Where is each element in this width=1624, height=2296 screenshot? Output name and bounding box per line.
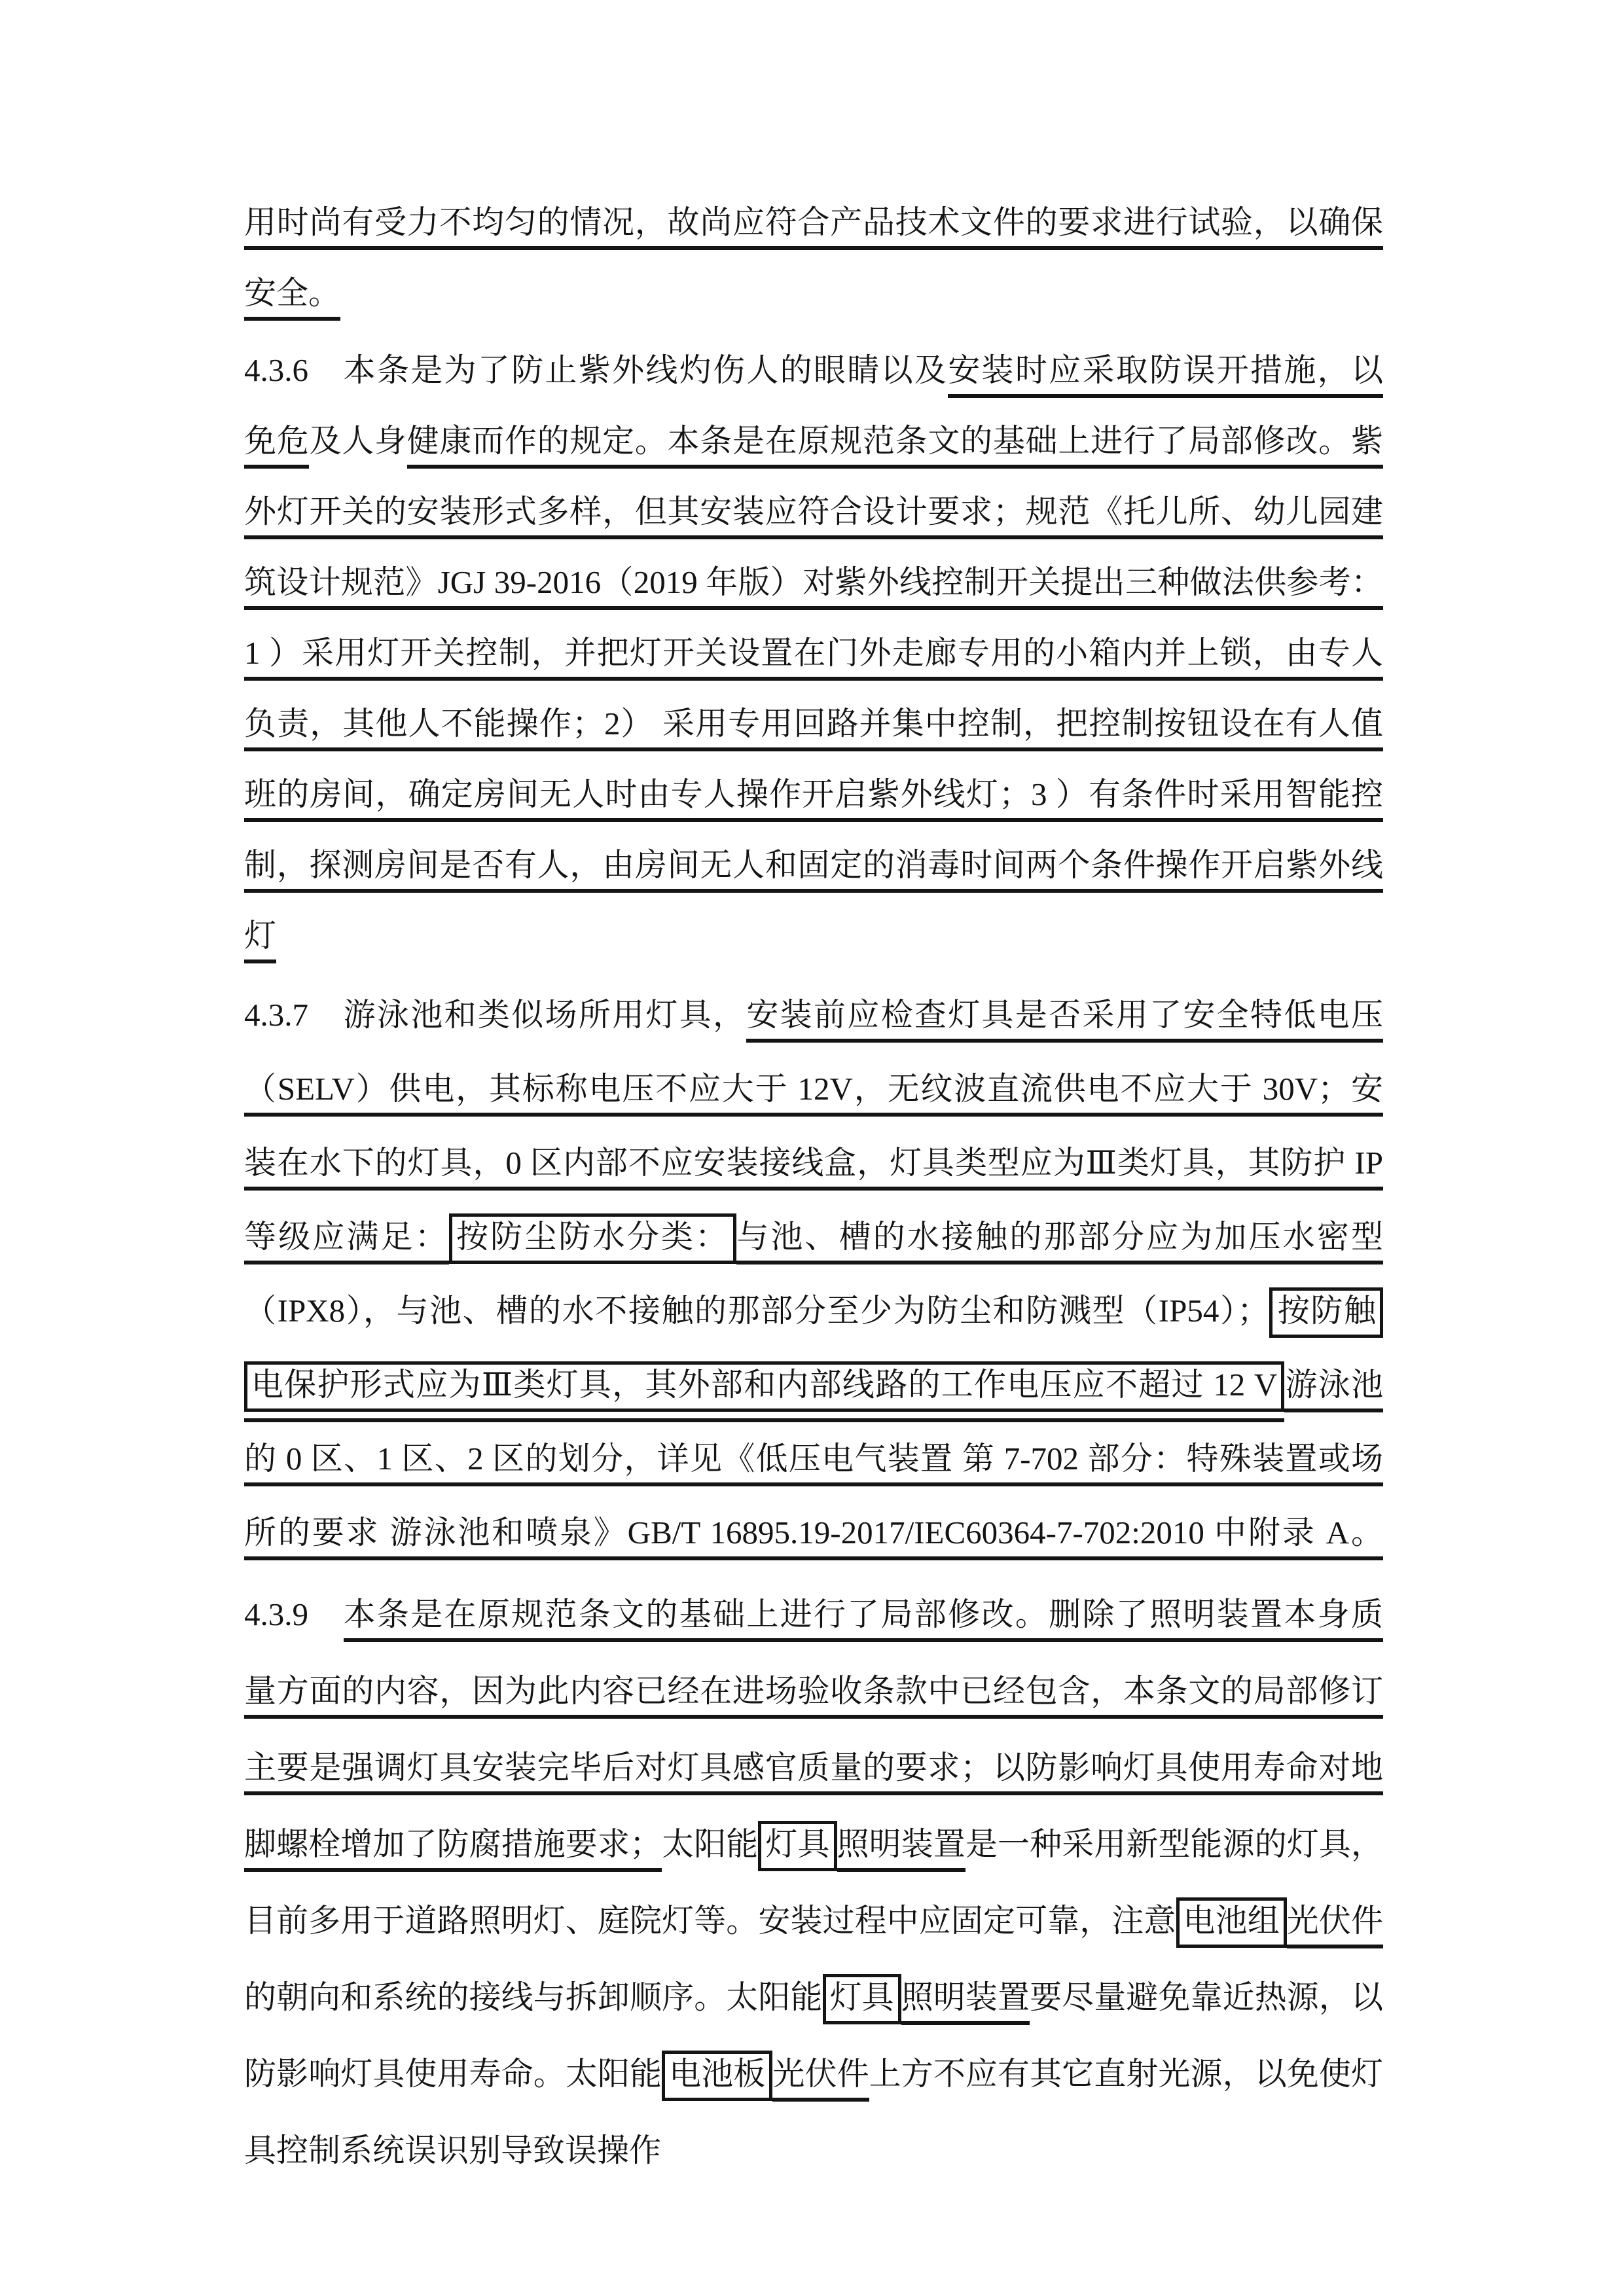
underlined-text: 量方面的内容，因为此内容已经在进场验收条款中已经包含，本条文的局部修订	[244, 1673, 1383, 1719]
underlined-text: 脚螺栓增加了防腐措施要求；	[244, 1826, 662, 1872]
underlined-text: 光伏件	[772, 2056, 869, 2102]
text-line: 具控制系统误识别导致误操作	[244, 2112, 1383, 2189]
underlined-boxed-text: 电保护形式应为Ⅲ类灯具，其外部和内部线路的工作电压应不超过 12 V	[244, 1367, 1284, 1422]
text-line: 用时尚有受力不均匀的情况，故尚应符合产品技术文件的要求进行试验，以确保	[244, 187, 1383, 258]
underlined-text: 等级应满足：	[244, 1219, 449, 1265]
text-line: （SELV）供电，其标称电压不应大于 12V，无纹波直流供电不应大于 30V；安	[244, 1052, 1383, 1126]
text-segment: （IPX8），与池、槽的水不接触的那部分至少为防尘和防溅型（IP54）；	[244, 1293, 1269, 1329]
text-line: 负责，其他人不能操作；2） 采用专用回路并集中控制，把控制按钮设在有人值	[244, 689, 1383, 759]
boxed-text: 灯具	[823, 1974, 901, 2024]
text-line: 量方面的内容，因为此内容已经在进场验收条款中已经包含，本条文的局部修订	[244, 1653, 1383, 1729]
text-line: 脚螺栓增加了防腐措施要求；太阳能灯具照明装置是一种采用新型能源的灯具，	[244, 1806, 1383, 1882]
underlined-text: 免危	[244, 423, 309, 469]
text-line: （IPX8），与池、槽的水不接触的那部分至少为防尘和防溅型（IP54）；按防触	[244, 1274, 1383, 1348]
text-line: 目前多用于道路照明灯、庭院灯等。安装过程中应固定可靠，注意电池组光伏件	[244, 1882, 1383, 1959]
text-line: 装在水下的灯具，0 区内部不应安装接线盒，灯具类型应为Ⅲ类灯具，其防护 IP	[244, 1126, 1383, 1200]
text-line: 4.3.6 本条是为了防止紫外线灼伤人的眼睛以及安装时应采取防误开措施，以	[244, 335, 1383, 406]
text-line: 4.3.7 游泳池和类似场所用灯具，安装前应检查灯具是否采用了安全特低电压	[244, 978, 1383, 1052]
underlined-text: （SELV）供电，其标称电压不应大于 12V，无纹波直流供电不应大于 30V；安	[244, 1071, 1383, 1117]
underlined-text: 与池、槽的水接触的那部分应为加压水密型	[736, 1219, 1383, 1265]
boxed-text: 电池组	[1176, 1897, 1287, 1948]
paragraph-4-3-7: 4.3.7 游泳池和类似场所用灯具，安装前应检查灯具是否采用了安全特低电压（SE…	[244, 978, 1383, 1570]
text-line: 安全。	[244, 258, 1383, 329]
text-line: 所的要求 游泳池和喷泉》GB/T 16895.19-2017/IEC60364-…	[244, 1496, 1383, 1570]
paragraph-intro-carryover: 用时尚有受力不均匀的情况，故尚应符合产品技术文件的要求进行试验，以确保安全。	[244, 187, 1383, 329]
underlined-text: 外灯开关的安装形式多样，但其安装应符合设计要求；规范《托儿所、幼儿园建	[244, 493, 1383, 539]
boxed-text: 按防触	[1269, 1287, 1383, 1338]
underlined-text: 的 0 区、1 区、2 区的划分，详见《低压电气装置 第 7-702 部分：特殊…	[244, 1441, 1383, 1486]
underlined-text: 本条是在原规范条文的基础上进行了局部修改。删除了照明装置本身质	[344, 1596, 1383, 1642]
text-segment: 4.3.9	[244, 1596, 344, 1632]
underlined-text: 筑设计规范》JGJ 39-2016（2019 年版）对紫外线控制开关提出三种做法…	[244, 564, 1383, 610]
underlined-text: 灯	[244, 918, 276, 963]
boxed-text: 电保护形式应为Ⅲ类灯具，其外部和内部线路的工作电压应不超过 12 V	[244, 1361, 1284, 1412]
text-line: 防影响灯具使用寿命。太阳能电池板光伏件上方不应有其它直射光源，以免使灯	[244, 2036, 1383, 2112]
text-line: 筑设计规范》JGJ 39-2016（2019 年版）对紫外线控制开关提出三种做法…	[244, 547, 1383, 618]
text-segment: 的朝向和系统的接线与拆卸顺序。太阳能	[244, 1979, 823, 2015]
text-segment: 及人身	[309, 423, 406, 459]
underlined-text: 健康而作的规定。本条是在原规范条文的基础上进行了局部修改。紫	[407, 423, 1383, 469]
paragraph-4-3-6: 4.3.6 本条是为了防止紫外线灼伤人的眼睛以及安装时应采取防误开措施，以免危及…	[244, 335, 1383, 971]
underlined-text: 主要是强调灯具安装完毕后对灯具感官质量的要求；以防影响灯具使用寿命对地	[244, 1749, 1383, 1795]
underlined-text: 所的要求 游泳池和喷泉》GB/T 16895.19-2017/IEC60364-…	[244, 1515, 1383, 1560]
underlined-text: 负责，其他人不能操作；2） 采用专用回路并集中控制，把控制按钮设在有人值	[244, 706, 1383, 751]
boxed-text: 灯具	[758, 1821, 837, 1871]
text-line: 的 0 区、1 区、2 区的划分，详见《低压电气装置 第 7-702 部分：特殊…	[244, 1422, 1383, 1496]
document-page: 用时尚有受力不均匀的情况，故尚应符合产品技术文件的要求进行试验，以确保安全。 4…	[0, 0, 1624, 2296]
underlined-text: 安装前应检查灯具是否采用了安全特低电压	[746, 997, 1383, 1043]
underlined-text: 装在水下的灯具，0 区内部不应安装接线盒，灯具类型应为Ⅲ类灯具，其防护 IP	[244, 1145, 1383, 1191]
text-line: 的朝向和系统的接线与拆卸顺序。太阳能灯具照明装置要尽量避免靠近热源，以	[244, 1959, 1383, 2036]
text-segment: 太阳能	[662, 1826, 758, 1862]
underlined-text: 安全。	[244, 275, 340, 321]
text-segment: 上方不应有其它直射光源，以免使灯	[869, 2056, 1383, 2092]
text-line: 班的房间，确定房间无人时由专人操作开启紫外线灯；3 ）有条件时采用智能控	[244, 759, 1383, 830]
underlined-text: 光伏件	[1287, 1903, 1383, 1948]
underlined-text: 用时尚有受力不均匀的情况，故尚应符合产品技术文件的要求进行试验，以确保	[244, 204, 1383, 250]
underlined-text: 照明装置	[837, 1826, 965, 1872]
text-line: 1 ）采用灯开关控制，并把灯开关设置在门外走廊专用的小箱内并上锁，由专人	[244, 618, 1383, 689]
text-line: 电保护形式应为Ⅲ类灯具，其外部和内部线路的工作电压应不超过 12 V游泳池	[244, 1348, 1383, 1422]
text-segment: 要尽量避免靠近热源，以	[1030, 1979, 1383, 2015]
text-line: 制，探测房间是否有人，由房间无人和固定的消毒时间两个条件操作开启紫外线	[244, 830, 1383, 901]
text-segment: 具控制系统误识别导致误操作	[244, 2132, 661, 2168]
text-segment: 防影响灯具使用寿命。太阳能	[244, 2056, 662, 2092]
text-segment: 4.3.6 本条是为了防止紫外线灼伤人的眼睛以及	[244, 352, 948, 388]
boxed-text: 电池板	[662, 2051, 772, 2101]
underlined-text: 班的房间，确定房间无人时由专人操作开启紫外线灯；3 ）有条件时采用智能控	[244, 776, 1383, 822]
boxed-text: 按防尘防水分类：	[449, 1213, 736, 1264]
text-line: 等级应满足：按防尘防水分类：与池、槽的水接触的那部分应为加压水密型	[244, 1200, 1383, 1274]
text-line: 灯	[244, 901, 1383, 971]
text-line: 主要是强调灯具安装完毕后对灯具感官质量的要求；以防影响灯具使用寿命对地	[244, 1729, 1383, 1806]
underlined-text: 照明装置	[901, 1979, 1030, 2025]
paragraph-4-3-9: 4.3.9 本条是在原规范条文的基础上进行了局部修改。删除了照明装置本身质量方面…	[244, 1576, 1383, 2189]
text-line: 外灯开关的安装形式多样，但其安装应符合设计要求；规范《托儿所、幼儿园建	[244, 476, 1383, 547]
text-segment: 4.3.7 游泳池和类似场所用灯具，	[244, 997, 746, 1033]
text-segment: 目前多用于道路照明灯、庭院灯等。安装过程中应固定可靠，注意	[244, 1903, 1176, 1939]
underlined-text: 制，探测房间是否有人，由房间无人和固定的消毒时间两个条件操作开启紫外线	[244, 847, 1383, 893]
text-segment: 是一种采用新型能源的灯具，	[965, 1826, 1383, 1862]
text-line: 4.3.9 本条是在原规范条文的基础上进行了局部修改。删除了照明装置本身质	[244, 1576, 1383, 1653]
underlined-text: 安装时应采取防误开措施，以	[948, 352, 1383, 398]
underlined-text: 1 ）采用灯开关控制，并把灯开关设置在门外走廊专用的小箱内并上锁，由专人	[244, 635, 1383, 681]
text-line: 免危及人身健康而作的规定。本条是在原规范条文的基础上进行了局部修改。紫	[244, 406, 1383, 476]
underlined-text: 游泳池	[1284, 1367, 1383, 1412]
